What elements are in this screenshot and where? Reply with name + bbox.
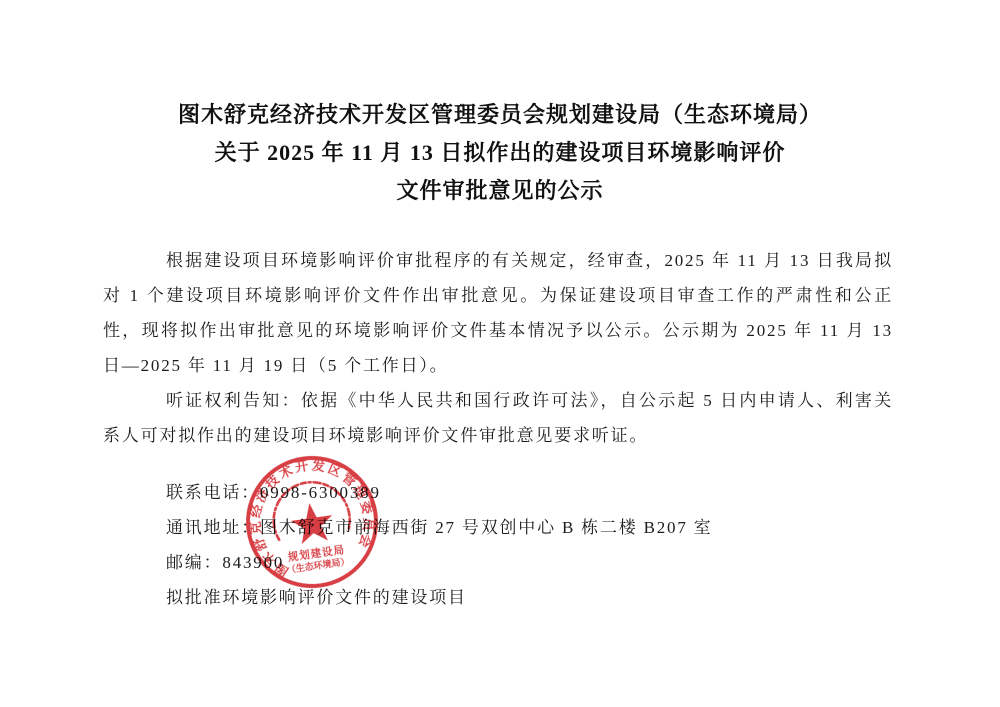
notice-title-line-1: 图木舒克经济技术开发区管理委员会规划建设局（生态环境局） — [0, 96, 1000, 134]
notice-title-line-2: 关于 2025 年 11 月 13 日拟作出的建设项目环境影响评价 — [0, 134, 1000, 172]
contact-postcode-line: 邮编：843900 — [103, 545, 893, 580]
notice-paragraph-basis: 根据建设项目环境影响评价审批程序的有关规定，经审查，2025 年 11 月 13… — [103, 243, 893, 383]
contact-phone-line: 联系电话：0998-6300389 — [103, 475, 893, 510]
contact-block: 联系电话：0998-6300389 通讯地址：图木舒克市前海西街 27 号双创中… — [103, 475, 893, 615]
closing-line: 拟批准环境影响评价文件的建设项目 — [103, 580, 893, 615]
document-page: 图木舒克经济技术开发区管理委员会规划建设局（生态环境局） 关于 2025 年 1… — [0, 0, 1000, 707]
notice-title: 图木舒克经济技术开发区管理委员会规划建设局（生态环境局） 关于 2025 年 1… — [0, 0, 1000, 210]
notice-title-line-3: 文件审批意见的公示 — [0, 172, 1000, 210]
notice-body: 根据建设项目环境影响评价审批程序的有关规定，经审查，2025 年 11 月 13… — [103, 243, 893, 615]
notice-paragraph-hearing-rights: 听证权利告知：依据《中华人民共和国行政许可法》，自公示起 5 日内申请人、利害关… — [103, 383, 893, 453]
contact-address-line: 通讯地址：图木舒克市前海西街 27 号双创中心 B 栋二楼 B207 室 — [103, 510, 893, 545]
